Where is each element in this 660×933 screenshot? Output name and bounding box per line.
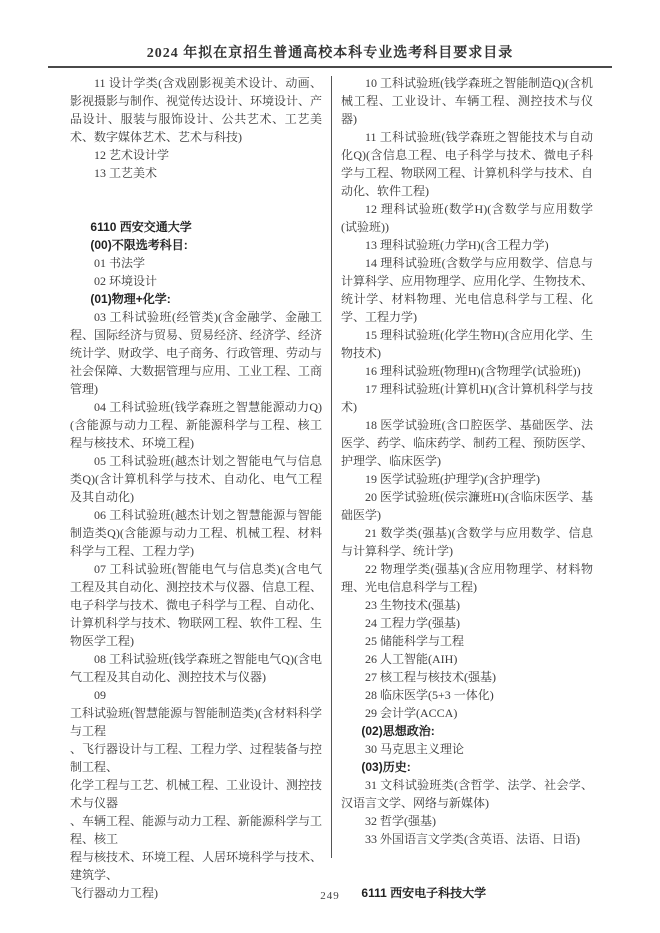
entry-continuation-line: 程与核技术、环境工程、人居环境科学与技术、建筑学、 bbox=[70, 848, 322, 884]
catalog-entry: 24 工程力学(强基) bbox=[341, 614, 593, 632]
catalog-entry: 04 工科试验班(钱学森班之智慧能源动力Q)(含能源与动力工程、新能源科学与工程… bbox=[70, 398, 322, 452]
catalog-entry: 26 人工智能(AIH) bbox=[341, 650, 593, 668]
catalog-entry: 30 马克思主义理论 bbox=[341, 740, 593, 758]
document-page: 2024 年拟在京招生普通高校本科专业选考科目要求目录 11 设计学类(含戏剧影… bbox=[0, 0, 660, 933]
catalog-entry: 01 书法学 bbox=[70, 254, 322, 272]
column-divider bbox=[331, 76, 332, 858]
spacer bbox=[70, 182, 322, 218]
catalog-entry: 10 工科试验班(钱学森班之智能制造Q)(含机械工程、工业设计、车辆工程、测控技… bbox=[341, 74, 593, 128]
section-heading: (02)思想政治: bbox=[341, 722, 593, 740]
page-title: 2024 年拟在京招生普通高校本科专业选考科目要求目录 bbox=[0, 42, 660, 62]
catalog-entry: 03 工科试验班(经管类)(含金融学、金融工程、国际经济与贸易、贸易经济、经济学… bbox=[70, 308, 322, 398]
catalog-entry: 02 环境设计 bbox=[70, 272, 322, 290]
catalog-entry: 07 工科试验班(智能电气与信息类)(含电气工程及其自动化、测控技术与仪器、信息… bbox=[70, 560, 322, 650]
section-heading: (01)物理+化学: bbox=[70, 290, 322, 308]
catalog-entry: 06 工科试验班(越杰计划之智慧能源与智能制造类Q)(含能源与动力工程、机械工程… bbox=[70, 506, 322, 560]
catalog-entry: 09 bbox=[70, 686, 322, 704]
spacer bbox=[341, 848, 593, 884]
catalog-entry: 32 哲学(强基) bbox=[341, 812, 593, 830]
catalog-entry: 16 理科试验班(物理H)(含物理学(试验班)) bbox=[341, 362, 593, 380]
catalog-entry: 11 工科试验班(钱学森班之智能技术与自动化Q)(含信息工程、电子科学与技术、微… bbox=[341, 128, 593, 200]
catalog-entry: 33 外国语言文学类(含英语、法语、日语) bbox=[341, 830, 593, 848]
right-column: 10 工科试验班(钱学森班之智能制造Q)(含机械工程、工业设计、车辆工程、测控技… bbox=[341, 74, 593, 902]
catalog-entry: 28 临床医学(5+3 一体化) bbox=[341, 686, 593, 704]
entry-continuation-line: 化学工程与工艺、机械工程、工业设计、测控技术与仪器 bbox=[70, 776, 322, 812]
catalog-entry: 08 工科试验班(钱学森班之智能电气Q)(含电气工程及其自动化、测控技术与仪器) bbox=[70, 650, 322, 686]
catalog-entry: 18 医学试验班(含口腔医学、基础医学、法医学、药学、临床药学、制药工程、预防医… bbox=[341, 416, 593, 470]
catalog-entry: 05 工科试验班(越杰计划之智能电气与信息类Q)(含计算机科学与技术、自动化、电… bbox=[70, 452, 322, 506]
catalog-entry: 14 理科试验班(含数学与应用数学、信息与计算科学、应用物理学、应用化学、生物技… bbox=[341, 254, 593, 326]
section-heading: (03)历史: bbox=[341, 758, 593, 776]
catalog-entry: 22 物理学类(强基)(含应用物理学、材料物理、光电信息科学与工程) bbox=[341, 560, 593, 596]
catalog-entry: 21 数学类(强基)(含数学与应用数学、信息与计算科学、统计学) bbox=[341, 524, 593, 560]
entry-continuation-line: 、车辆工程、能源与动力工程、新能源科学与工程、核工 bbox=[70, 812, 322, 848]
catalog-entry: 23 生物技术(强基) bbox=[341, 596, 593, 614]
catalog-entry: 13 理科试验班(力学H)(含工程力学) bbox=[341, 236, 593, 254]
catalog-entry: 15 理科试验班(化学生物H)(含应用化学、生物技术) bbox=[341, 326, 593, 362]
left-column: 11 设计学类(含戏剧影视美术设计、动画、影视摄影与制作、视觉传达设计、环境设计… bbox=[70, 74, 322, 902]
section-heading: 6110 西安交通大学 bbox=[70, 218, 322, 236]
two-column-body: 11 设计学类(含戏剧影视美术设计、动画、影视摄影与制作、视觉传达设计、环境设计… bbox=[70, 74, 594, 902]
catalog-entry: 27 核工程与核技术(强基) bbox=[341, 668, 593, 686]
catalog-entry: 12 理科试验班(数学H)(含数学与应用数学(试验班)) bbox=[341, 200, 593, 236]
catalog-entry: 19 医学试验班(护理学)(含护理学) bbox=[341, 470, 593, 488]
catalog-entry: 31 文科试验班类(含哲学、法学、社会学、汉语言文学、网络与新媒体) bbox=[341, 776, 593, 812]
entry-continuation-line: 、飞行器设计与工程、工程力学、过程装备与控制工程、 bbox=[70, 740, 322, 776]
catalog-entry: 13 工艺美术 bbox=[70, 164, 322, 182]
page-number: 249 bbox=[0, 890, 660, 902]
entry-continuation-line: 工科试验班(智慧能源与智能制造类)(含材料科学与工程 bbox=[70, 704, 322, 740]
catalog-entry: 12 艺术设计学 bbox=[70, 146, 322, 164]
catalog-entry: 17 理科试验班(计算机H)(含计算机科学与技术) bbox=[341, 380, 593, 416]
catalog-entry: 11 设计学类(含戏剧影视美术设计、动画、影视摄影与制作、视觉传达设计、环境设计… bbox=[70, 74, 322, 146]
section-heading: (00)不限选考科目: bbox=[70, 236, 322, 254]
catalog-entry: 25 储能科学与工程 bbox=[341, 632, 593, 650]
catalog-entry: 29 会计学(ACCA) bbox=[341, 704, 593, 722]
header-rule bbox=[48, 66, 612, 68]
catalog-entry: 20 医学试验班(侯宗濂班H)(含临床医学、基础医学) bbox=[341, 488, 593, 524]
